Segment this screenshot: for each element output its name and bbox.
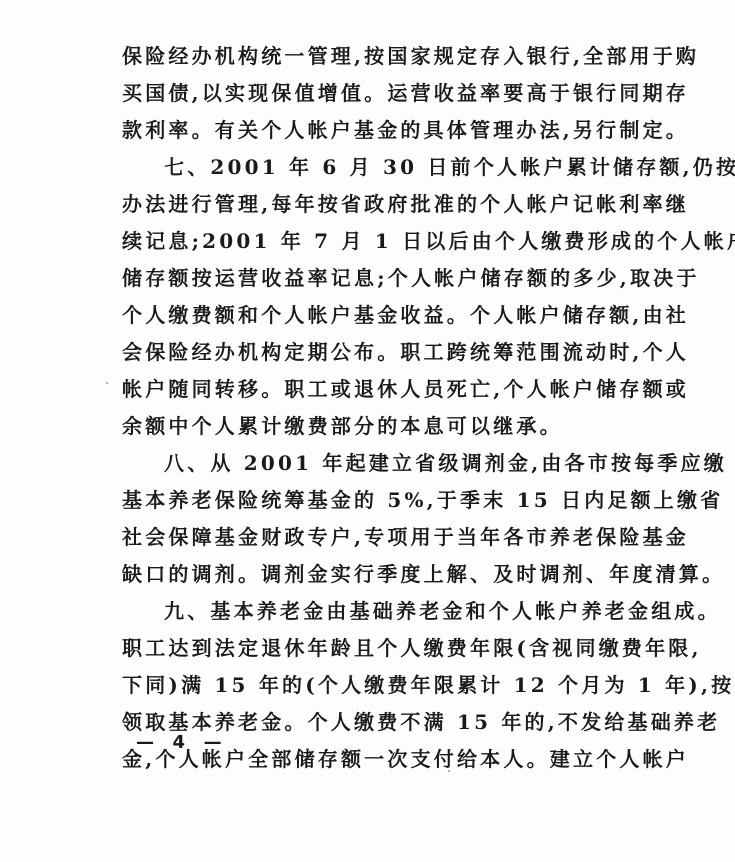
scan-speck [106, 382, 108, 384]
text-line: 基本养老保险统筹基金的 5%,于季末 15 日内足额上缴省 [122, 482, 622, 519]
scan-speck [625, 95, 627, 97]
section-nine-start: 九、基本养老金由基础养老金和个人帐户养老金组成。 [122, 593, 622, 630]
section-seven-start: 七、2001 年 6 月 30 日前个人帐户累计储存额,仍按原 [122, 149, 622, 186]
text-line: 职工达到法定退休年龄且个人缴费年限(含视同缴费年限, [122, 630, 622, 667]
text-line: 缺口的调剂。调剂金实行季度上解、及时调剂、年度清算。 [122, 556, 622, 593]
text-line: 帐户随同转移。职工或退休人员死亡,个人帐户储存额或 [122, 371, 622, 408]
page-number: — 4 — [136, 732, 224, 753]
text-line: 余额中个人累计缴费部分的本息可以继承。 [122, 408, 622, 445]
text-line: 买国债,以实现保值增值。运营收益率要高于银行同期存 [122, 75, 622, 112]
section-eight-start: 八、从 2001 年起建立省级调剂金,由各市按每季应缴 [122, 445, 622, 482]
text-line: 储存额按运营收益率记息;个人帐户储存额的多少,取决于 [122, 260, 622, 297]
scanned-page: 保险经办机构统一管理,按国家规定存入银行,全部用于购 买国债,以实现保值增值。运… [0, 0, 735, 862]
text-line: 保险经办机构统一管理,按国家规定存入银行,全部用于购 [122, 38, 622, 75]
text-line: 下同)满 15 年的(个人缴费年限累计 12 个月为 1 年),按月 [122, 667, 622, 704]
text-line: 办法进行管理,每年按省政府批准的个人帐户记帐利率继 [122, 186, 622, 223]
scan-speck [448, 770, 450, 772]
text-line: 款利率。有关个人帐户基金的具体管理办法,另行制定。 [122, 112, 622, 149]
text-line: 会保险经办机构定期公布。职工跨统筹范围流动时,个人 [122, 334, 622, 371]
text-line: 社会保障基金财政专户,专项用于当年各市养老保险基金 [122, 519, 622, 556]
text-line: 个人缴费额和个人帐户基金收益。个人帐户储存额,由社 [122, 297, 622, 334]
scan-speck [640, 168, 642, 170]
body-text: 保险经办机构统一管理,按国家规定存入银行,全部用于购 买国债,以实现保值增值。运… [122, 38, 622, 778]
text-line: 续记息;2001 年 7 月 1 日以后由个人缴费形成的个人帐户 [122, 223, 622, 260]
